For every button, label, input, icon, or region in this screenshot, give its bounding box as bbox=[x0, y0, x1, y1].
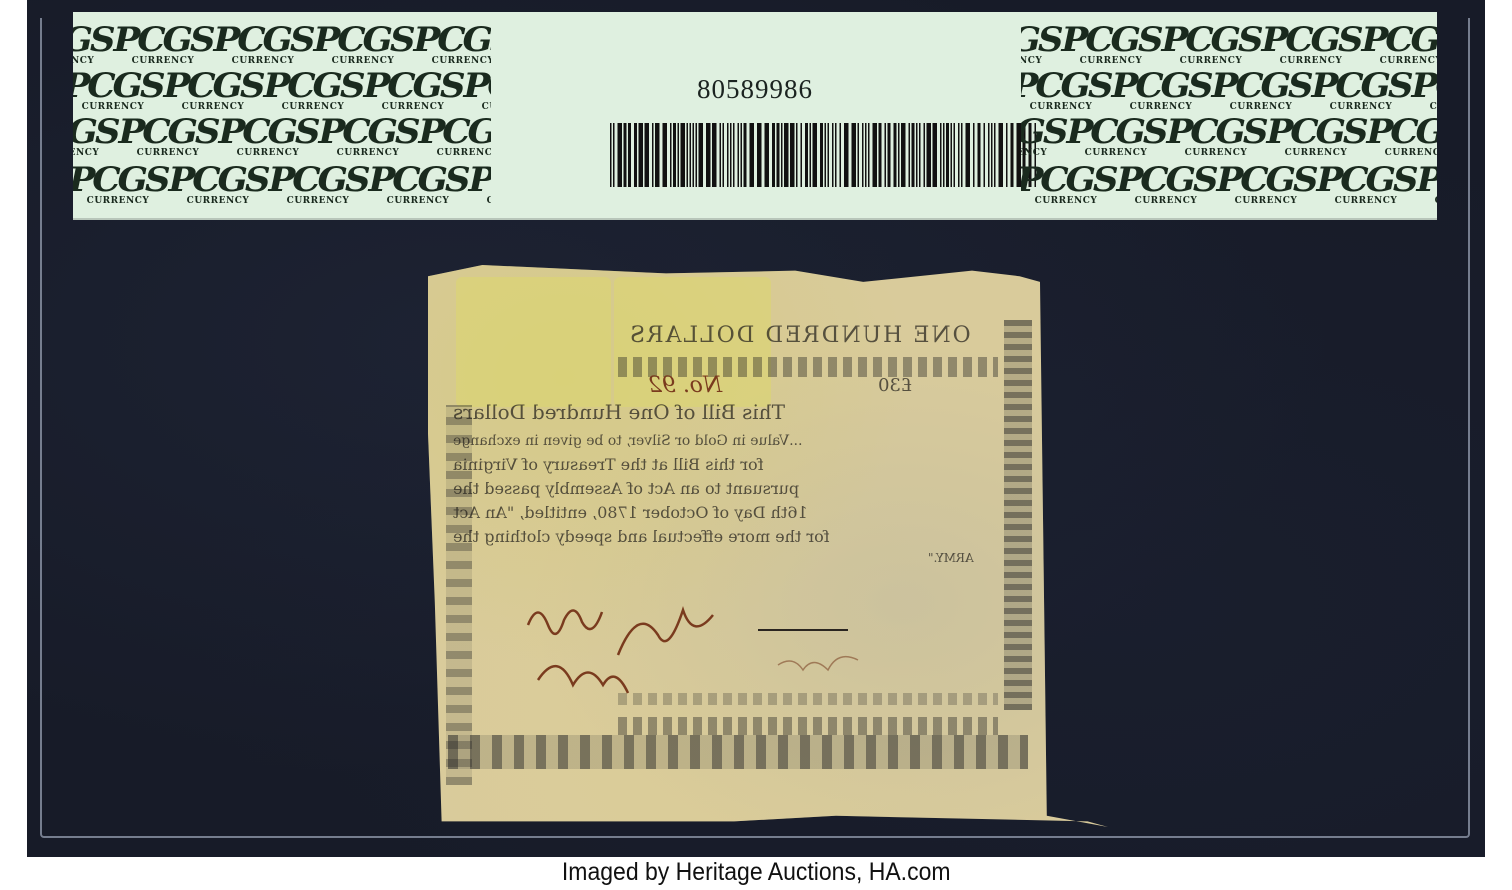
pcgs-logo: PCGSCURRENCY bbox=[218, 116, 318, 158]
pcgs-logo: PCGSCURRENCY bbox=[1161, 24, 1261, 66]
banknote: ONE HUNDRED DOLLARS £30 No. 92 This Bill… bbox=[428, 265, 1108, 827]
pcgs-logo: PCGSCURRENCY bbox=[1111, 70, 1211, 112]
pcgs-logo: PCGSCURRENCY bbox=[1266, 116, 1366, 158]
pcgs-logo: PCGSCURRENCY bbox=[113, 24, 213, 66]
pcgs-logo: PCGSCURRENCY bbox=[1361, 24, 1437, 66]
pcgs-logo: PCGSCURRENCY bbox=[118, 116, 218, 158]
pcgs-logo: PCGSCURRENCY bbox=[73, 164, 168, 206]
pcgs-logo: PCGSCURRENCY bbox=[268, 164, 368, 206]
pcgs-logo: PCGSCURRENCY bbox=[213, 24, 313, 66]
pcgs-logo: PCGSCURRENCY bbox=[1166, 116, 1266, 158]
pcgs-logo: PCGSCURRENCY bbox=[1021, 24, 1061, 66]
pcgs-logo: PCGSCURRENCY bbox=[413, 24, 491, 66]
denomination-header: ONE HUNDRED DOLLARS bbox=[628, 323, 971, 348]
serial-number: No. 92 bbox=[648, 373, 722, 398]
note-line: 16th Day of October 1780, entitled, "An … bbox=[453, 503, 808, 522]
pcgs-logo: PCGSCURRENCY bbox=[1366, 116, 1437, 158]
pcgs-logo: PCGSCURRENCY bbox=[1021, 70, 1111, 112]
note-line: ARMY." bbox=[928, 551, 974, 565]
ornament-row bbox=[618, 717, 998, 735]
tape-repair bbox=[456, 277, 611, 407]
pcgs-logo: PCGSCURRENCY bbox=[168, 164, 268, 206]
image-credit: Imaged by Heritage Auctions, HA.com bbox=[0, 858, 1512, 887]
pcgs-logo: PCGSCURRENCY bbox=[1416, 164, 1437, 206]
barcode bbox=[610, 123, 1036, 187]
pcgs-logo: PCGSCURRENCY bbox=[368, 164, 468, 206]
note-line: for this Bill at the Treasury of Virgini… bbox=[453, 455, 764, 474]
note-line: ...Value in Gold or Silver, to be given … bbox=[453, 433, 802, 449]
pcgs-logo: PCGSCURRENCY bbox=[1021, 116, 1066, 158]
pcgs-logo: PCGSCURRENCY bbox=[468, 164, 491, 206]
pcgs-logo: PCGSCURRENCY bbox=[1116, 164, 1216, 206]
pcgs-logo: PCGSCURRENCY bbox=[418, 116, 491, 158]
pcgs-logo: PCGSCURRENCY bbox=[1261, 24, 1361, 66]
value-numeral: £30 bbox=[878, 375, 912, 396]
note-line: pursuant to an Act of Assembly passed th… bbox=[453, 479, 799, 498]
pcgs-logo: PCGSCURRENCY bbox=[1061, 24, 1161, 66]
pcgs-logo: PCGSCURRENCY bbox=[1411, 70, 1437, 112]
pcgs-logo: PCGSCURRENCY bbox=[1311, 70, 1411, 112]
pcgs-logo: PCGSCURRENCY bbox=[1211, 70, 1311, 112]
grading-label: PCGSCURRENCYPCGSCURRENCYPCGSCURRENCYPCGS… bbox=[73, 12, 1437, 218]
pcgs-logo: PCGSCURRENCY bbox=[1216, 164, 1316, 206]
pcgs-logo: PCGSCURRENCY bbox=[73, 116, 118, 158]
pcgs-logo: PCGSCURRENCY bbox=[1021, 164, 1116, 206]
pcgs-logo: PCGSCURRENCY bbox=[1066, 116, 1166, 158]
note-border-right bbox=[1004, 320, 1032, 710]
pcgs-logo-pattern-left: PCGSCURRENCYPCGSCURRENCYPCGSCURRENCYPCGS… bbox=[73, 12, 491, 218]
note-border-bottom bbox=[448, 735, 1028, 769]
pcgs-logo-pattern-right: PCGSCURRENCYPCGSCURRENCYPCGSCURRENCYPCGS… bbox=[1021, 12, 1437, 218]
note-line: This Bill of One Hundred Dollars bbox=[453, 400, 785, 424]
note-line: for the more effectual and speedy clothi… bbox=[453, 527, 830, 546]
signatures bbox=[518, 585, 898, 705]
pcgs-logo: PCGSCURRENCY bbox=[1316, 164, 1416, 206]
pcgs-logo: PCGSCURRENCY bbox=[73, 24, 113, 66]
pcgs-logo: PCGSCURRENCY bbox=[318, 116, 418, 158]
pcgs-logo: PCGSCURRENCY bbox=[313, 24, 413, 66]
